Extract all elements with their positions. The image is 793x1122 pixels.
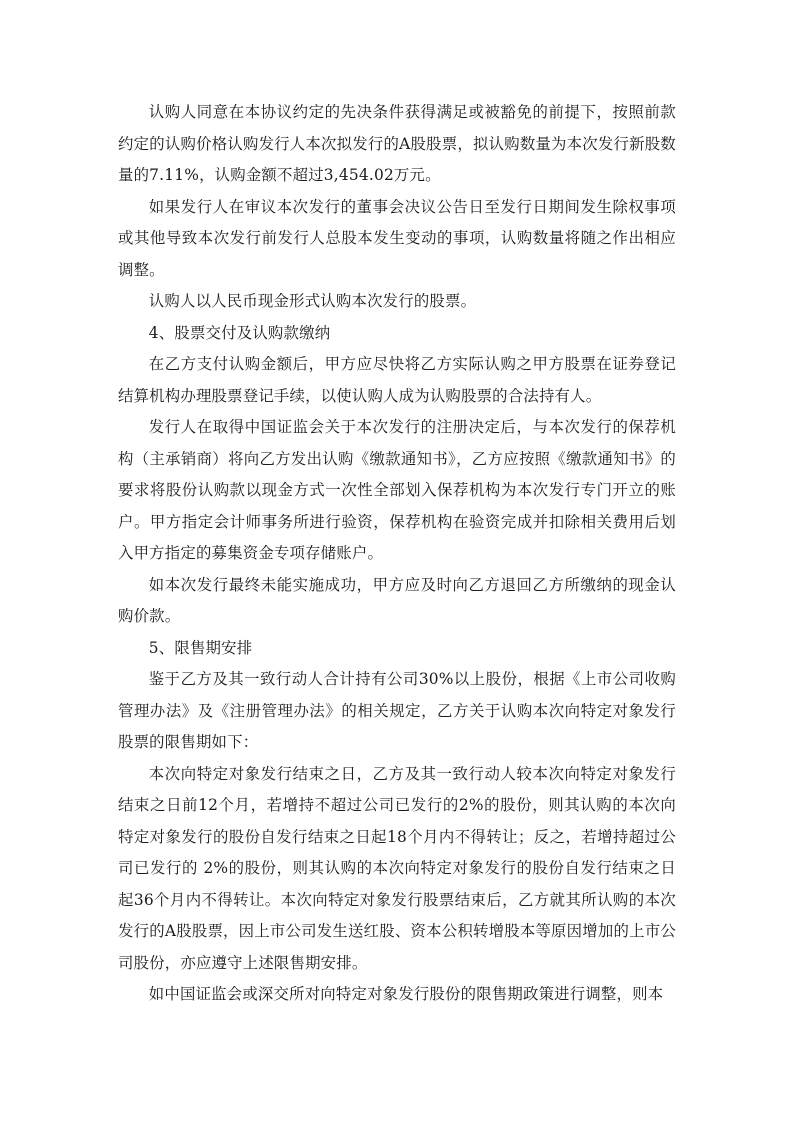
paragraph-subscription-terms: 认购人同意在本协议约定的先决条件获得满足或被豁免的前提下，按照前款约定的认购价格… bbox=[118, 97, 676, 192]
section-heading-5: 5、限售期安排 bbox=[118, 633, 676, 665]
paragraph-refund: 如本次发行最终未能实施成功，甲方应及时向乙方退回乙方所缴纳的现金认购价款。 bbox=[118, 570, 676, 633]
paragraph-policy-adjustment: 如中国证监会或深交所对向特定对象发行股份的限售期政策进行调整，则本 bbox=[118, 979, 676, 1011]
paragraph-payment-notice: 发行人在取得中国证监会关于本次发行的注册决定后，与本次发行的保荐机构（主承销商）… bbox=[118, 412, 676, 570]
paragraph-lockup-terms: 本次向特定对象发行结束之日，乙方及其一致行动人较本次向特定对象发行结束之日前12… bbox=[118, 759, 676, 980]
paragraph-cash-subscription: 认购人以人民币现金形式认购本次发行的股票。 bbox=[118, 286, 676, 318]
paragraph-lockup-basis: 鉴于乙方及其一致行动人合计持有公司30%以上股份，根据《上市公司收购管理办法》及… bbox=[118, 664, 676, 759]
section-heading-4: 4、股票交付及认购款缴纳 bbox=[118, 318, 676, 350]
document-page: 认购人同意在本协议约定的先决条件获得满足或被豁免的前提下，按照前款约定的认购价格… bbox=[118, 97, 676, 1011]
paragraph-quantity-adjustment: 如果发行人在审议本次发行的董事会决议公告日至发行日期间发生除权事项或其他导致本次… bbox=[118, 192, 676, 287]
paragraph-share-registration: 在乙方支付认购金额后，甲方应尽快将乙方实际认购之甲方股票在证券登记结算机构办理股… bbox=[118, 349, 676, 412]
